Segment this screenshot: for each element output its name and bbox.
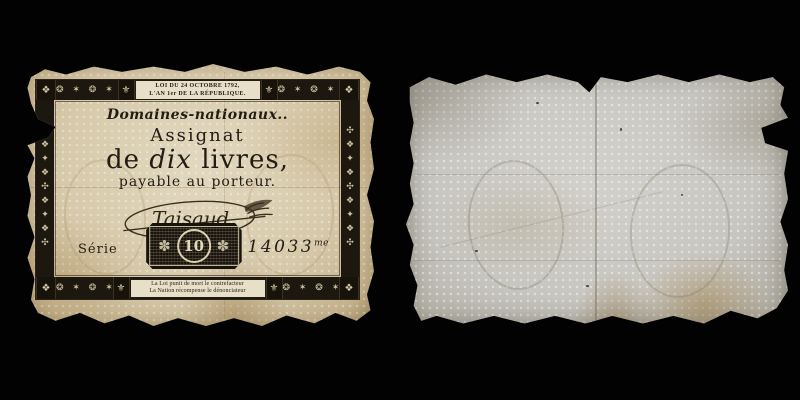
- medallion-figures-icon: ✽: [158, 239, 171, 254]
- corner-star-icon: ❖: [339, 80, 359, 100]
- law-line-1: LOI DU 24 OCTOBRE 1792,: [155, 83, 239, 89]
- stain-mark: [586, 285, 589, 287]
- serial-digits: 14033: [248, 237, 315, 257]
- rooster-emblem-icon: ⚜: [118, 80, 135, 100]
- rosette-chain-icon: ❂ ✶ ❂ ✶ ❂ ✶ ❂ ✶ ❂ ✶ ❂ ✶ ❂: [283, 283, 340, 293]
- law-date-box: LOI DU 24 OCTOBRE 1792, L'AN 1er DE LA R…: [135, 80, 261, 100]
- assignat-back: [406, 72, 788, 326]
- assignat-front: ❖ ❂ ✶ ❂ ✶ ❂ ✶ ❂ ✶ ❂ ✶ ❂ ✶ ❂ ⚜ LOI DU 24 …: [24, 64, 374, 326]
- stain-mark: [536, 102, 539, 104]
- serial-number: 14033me: [248, 237, 329, 257]
- law-line-2: L'AN 1er DE LA RÉPUBLIQUE.: [149, 91, 245, 97]
- serie-label: Série: [78, 242, 118, 257]
- denomination-medallion: ✽ 10 ✽: [146, 223, 242, 269]
- serial-row: Série ✽ 10 ✽ 14033me: [56, 223, 339, 271]
- rosette-chain-icon: ❂ ✶ ❂ ✶ ❂ ✶ ❂ ✶ ❂ ✶ ❂ ✶ ❂: [278, 85, 340, 95]
- rooster-emblem-icon: ⚜: [261, 80, 278, 100]
- rosette-chain-icon: ❂ ✶ ❂ ✶ ❂ ✶ ❂ ✶ ❂ ✶ ❂ ✶ ❂: [56, 85, 118, 95]
- medallion-figures-icon: ✽: [217, 239, 230, 254]
- serial-suffix: me: [314, 238, 329, 248]
- corner-star-icon: ❖: [36, 277, 56, 299]
- rooster-emblem-icon: ⚜: [113, 277, 130, 299]
- denomination-line: de dix livres,: [56, 146, 339, 174]
- fold-crease-line: [414, 260, 781, 261]
- corner-star-icon: ❖: [36, 80, 56, 100]
- ornament-band-bottom: ❖ ❂ ✶ ❂ ✶ ❂ ✶ ❂ ✶ ❂ ✶ ❂ ✶ ❂ ⚜ La Loi pun…: [36, 277, 359, 299]
- counterfeit-warning-box: La Loi punit de mort le contrefacteur La…: [130, 279, 266, 298]
- assignat-title: Assignat: [56, 125, 339, 146]
- payable-line: payable au porteur.: [56, 174, 339, 190]
- ornament-band-left: ✣❖✦❖✣❖✦❖✣: [36, 100, 54, 277]
- stain-mark: [620, 128, 622, 131]
- warning-line-2: La Nation récompense le dénonciateur: [149, 288, 245, 294]
- domaines-nationaux-line: Domaines-nationaux..: [56, 107, 339, 123]
- value-word-dix: dix: [149, 145, 192, 175]
- ornament-band-top: ❖ ❂ ✶ ❂ ✶ ❂ ✶ ❂ ✶ ❂ ✶ ❂ ✶ ❂ ⚜ LOI DU 24 …: [36, 80, 359, 100]
- stain-mark: [475, 250, 478, 252]
- rooster-emblem-icon: ⚜: [266, 277, 283, 299]
- fold-crease-line: [595, 77, 597, 321]
- stain-mark: [681, 194, 683, 196]
- watermark-oval: [625, 161, 734, 302]
- denomination-value: 10: [177, 229, 211, 263]
- value-word-de: de: [106, 145, 140, 175]
- corner-star-icon: ❖: [339, 277, 359, 299]
- ornament-band-right: ✣❖✦❖✣❖✦❖✣: [341, 100, 359, 277]
- value-word-livres: livres,: [201, 145, 289, 175]
- printed-border-frame: ❖ ❂ ✶ ❂ ✶ ❂ ✶ ❂ ✶ ❂ ✶ ❂ ✶ ❂ ⚜ LOI DU 24 …: [35, 79, 360, 300]
- fold-crease-line: [414, 174, 781, 175]
- note-text-area: Domaines-nationaux.. Assignat de dix liv…: [55, 101, 340, 276]
- warning-line-1: La Loi punit de mort le contrefacteur: [151, 281, 244, 287]
- photo-background: ❖ ❂ ✶ ❂ ✶ ❂ ✶ ❂ ✶ ❂ ✶ ❂ ✶ ❂ ⚜ LOI DU 24 …: [0, 0, 800, 400]
- rosette-chain-icon: ❂ ✶ ❂ ✶ ❂ ✶ ❂ ✶ ❂ ✶ ❂ ✶ ❂: [56, 283, 113, 293]
- watermark-oval: [463, 156, 570, 294]
